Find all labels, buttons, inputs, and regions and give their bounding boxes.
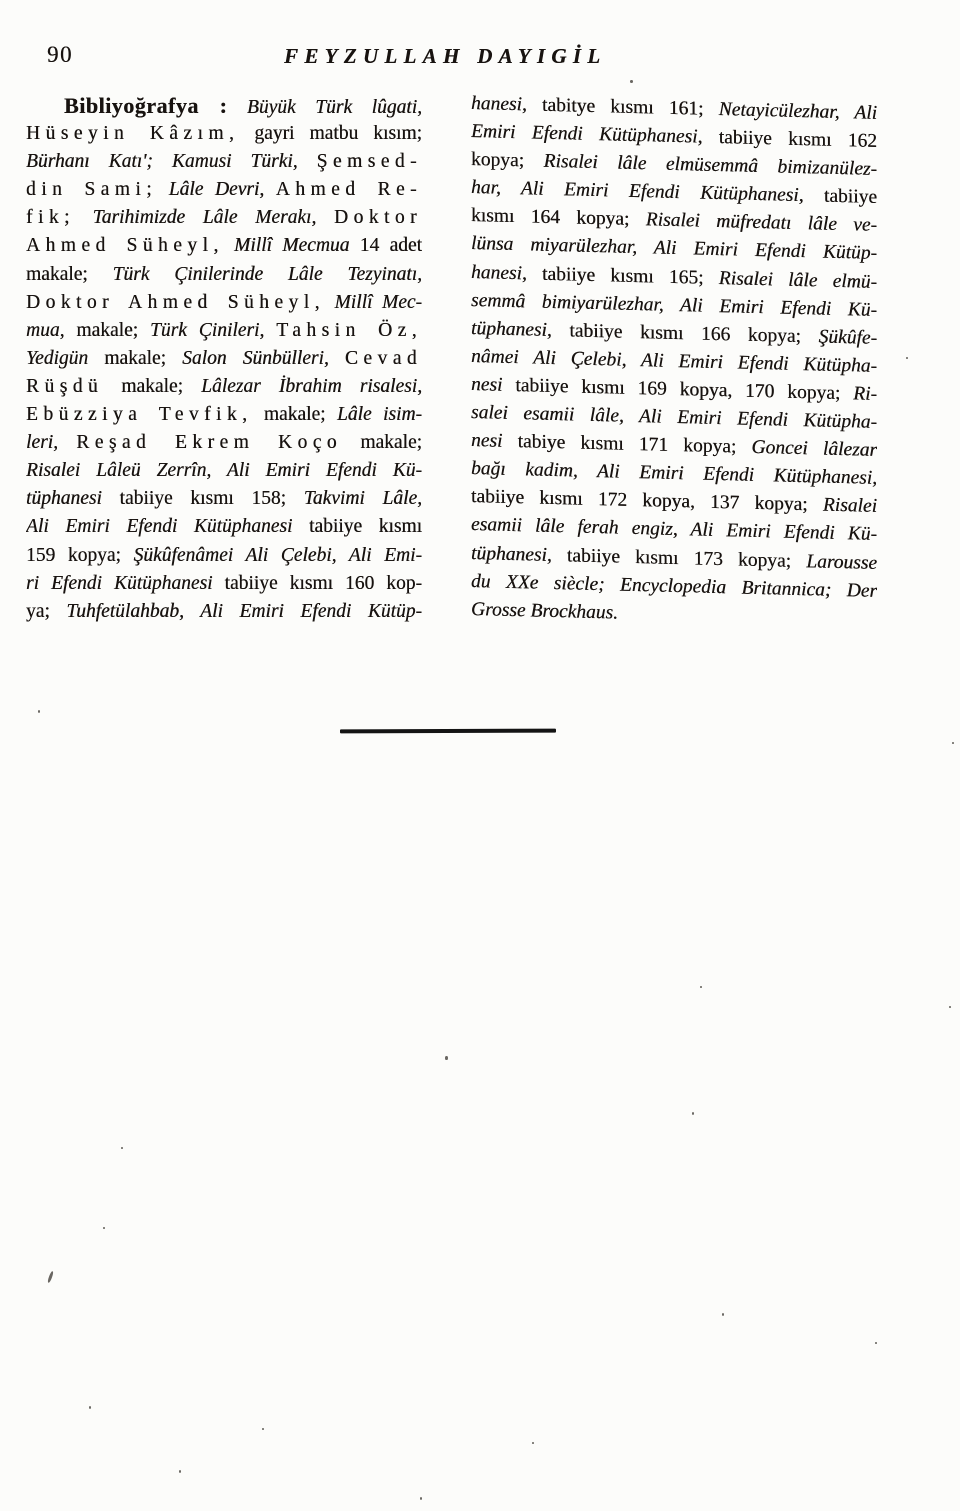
- scan-speck: [179, 1470, 181, 1473]
- text-segment: tüphanesi: [26, 488, 102, 509]
- text-segment: tabiiye kısmı 158;: [120, 488, 286, 509]
- scan-speck: [47, 1271, 54, 1283]
- text-segment: Hüseyin Kâzım,: [26, 123, 239, 144]
- text-segment: tüphanesi,: [471, 318, 552, 341]
- text-segment: tüphanesi,: [471, 543, 552, 566]
- text-line: Rüşdü makale; Lâlezar İbrahim risalesi,: [26, 373, 422, 401]
- text-line: Risalei Lâleü Zerrîn, Ali Emiri Efendi K…: [26, 457, 422, 485]
- text-segment: Risalei müfredatı lâle ve-: [646, 210, 877, 237]
- text-segment: tabiiye kısmı 172 kopya, 137 kopya;: [471, 486, 808, 515]
- text-segment: tabiiye kısmı 173 kopya;: [567, 545, 791, 571]
- text-segment: fik;: [26, 207, 75, 228]
- text-segment: Türk Çinilerinde Lâle Tezyinatı,: [113, 264, 422, 285]
- scan-speck: [949, 1006, 951, 1008]
- text-segment: Risalei Lâleü Zerrîn, Ali Emiri Efendi K…: [26, 460, 422, 481]
- scan-speck: [952, 742, 954, 744]
- text-segment: Millî Mec-: [334, 292, 422, 313]
- text-segment: leri,: [26, 432, 58, 453]
- text-segment: Tahsin Öz,: [276, 320, 422, 341]
- text-segment: 14 adet: [360, 235, 422, 256]
- text-segment: nesi: [471, 374, 502, 396]
- text-segment: nesi: [471, 430, 502, 452]
- text-segment: tabiiye kısmı: [309, 516, 422, 537]
- text-segment: Ri-: [853, 383, 877, 405]
- text-line: makale; Türk Çinilerinde Lâle Tezyinatı,: [26, 261, 422, 289]
- text-segment: makale;: [360, 432, 422, 453]
- text-segment: tabiiye kısmı 169 kopya, 170 kopya;: [515, 375, 840, 404]
- text-segment: Cevad: [345, 348, 422, 369]
- scan-speck: [700, 986, 702, 988]
- text-segment: Ahmed Re-: [276, 179, 422, 200]
- scan-speck: [445, 1056, 448, 1060]
- text-segment: makale;: [26, 264, 88, 285]
- text-line: Ali Emiri Efendi Kütüphanesi tabiiye kıs…: [26, 513, 422, 541]
- text-segment: Risalei: [823, 495, 877, 517]
- text-segment: Şükûfenâmei Ali Çelebi, Ali Emi-: [134, 545, 422, 566]
- text-segment: Şükûfe-: [819, 326, 877, 348]
- text-line: Ebüzziya Tevfik, makale; Lâle isim-: [26, 401, 422, 429]
- text-segment: Tuhfetülahbab, Ali Emiri Efendi Kütüp-: [66, 601, 422, 622]
- text-line: 159 kopya; Şükûfenâmei Ali Çelebi, Ali E…: [26, 542, 422, 570]
- text-segment: din Sami;: [26, 179, 157, 200]
- running-title: FEYZULLAH DAYIGİL: [284, 44, 606, 69]
- text-line: ya; Tuhfetülahbab, Ali Emiri Efendi Kütü…: [26, 598, 422, 626]
- scan-speck: [906, 357, 908, 359]
- text-segment: Tarihimizde Lâle Merakı,: [93, 207, 317, 228]
- text-line: mua, makale; Türk Çinileri, Tahsin Öz,: [26, 317, 422, 345]
- text-segment: Lâle Devri,: [169, 179, 265, 200]
- text-segment: Salon Sünbülleri,: [182, 348, 329, 369]
- text-segment: Risalei lâle elmü-: [719, 268, 877, 293]
- text-segment: Ali Emiri Efendi Kütüphanesi: [26, 516, 292, 537]
- text-segment: Risalei lâle elmüsemmâ bimizanülez-: [544, 151, 877, 180]
- bibliography-column-right: hanesi, tabitye kısmı 161; Netayicülezha…: [471, 90, 877, 634]
- scan-speck: [121, 1147, 123, 1149]
- text-segment: kısmı 164 kopya;: [471, 205, 629, 230]
- text-segment: Grosse Brockhaus.: [471, 599, 618, 624]
- text-segment: tabiiye kısmı 160 kop-: [225, 573, 422, 594]
- text-segment: Ahmed Süheyl,: [26, 235, 224, 256]
- text-segment: makale;: [121, 376, 183, 397]
- text-segment: hanesi,: [471, 93, 527, 115]
- text-segment: Goncei lâlezar: [751, 437, 877, 461]
- text-segment: makale;: [104, 348, 166, 369]
- text-segment: tabitye kısmı 161;: [542, 95, 703, 120]
- text-segment: ri Efendi Kütüphanesi: [26, 573, 213, 594]
- text-line: Hüseyin Kâzım, gayri matbu kısım;: [26, 120, 422, 148]
- text-line: Ahmed Süheyl, Millî Mecmua 14 adet: [26, 232, 422, 260]
- text-segment: Millî Mecmua: [234, 235, 349, 256]
- text-segment: Lâlezar İbrahim risalesi,: [201, 376, 422, 397]
- text-segment: mua,: [26, 320, 64, 341]
- text-segment: Yedigün: [26, 348, 88, 369]
- scan-speck: [262, 1428, 264, 1430]
- scan-speck: [875, 1342, 877, 1344]
- bibliography-column-left: Bibliyoğrafya : Büyük Türk lûgati,Hüseyi…: [26, 92, 422, 626]
- text-line: fik; Tarihimizde Lâle Merakı, Doktor: [26, 204, 422, 232]
- text-segment: hanesi,: [471, 262, 527, 284]
- text-line: tüphanesi tabiiye kısmı 158; Takvimi Lâl…: [26, 485, 422, 513]
- scan-speck: [532, 1442, 534, 1444]
- text-segment: tabiiye kısmı 166 kopya;: [569, 320, 801, 347]
- text-segment: Rüşdü: [26, 376, 103, 397]
- text-line: leri, Reşad Ekrem Koço makale;: [26, 429, 422, 457]
- text-segment: tabiiye kısmı 162: [719, 127, 877, 152]
- text-line: din Sami; Lâle Devri, Ahmed Re-: [26, 176, 422, 204]
- scan-speck: [722, 1313, 724, 1316]
- text-line: Bibliyoğrafya : Büyük Türk lûgati,: [26, 92, 422, 120]
- text-segment: Büyük Türk lûgati,: [247, 97, 422, 118]
- scan-speck: [420, 1497, 422, 1500]
- text-line: Yedigün makale; Salon Sünbülleri, Cevad: [26, 345, 422, 373]
- text-segment: Larousse: [806, 551, 877, 574]
- text-segment: 159 kopya;: [26, 545, 121, 566]
- text-segment: Ebüzziya Tevfik,: [26, 404, 252, 425]
- text-segment: Lâle isim-: [337, 404, 422, 425]
- text-segment: Doktor Ahmed Süheyl,: [26, 292, 325, 313]
- text-segment: gayri matbu kısım;: [254, 123, 422, 144]
- text-segment: Netayicülezhar, Ali: [719, 99, 877, 124]
- text-segment: makale;: [76, 320, 138, 341]
- text-segment: Emiri Efendi Kütüphanesi,: [471, 121, 702, 148]
- text-segment: Şemsed-: [317, 151, 422, 172]
- text-segment: Doktor: [334, 207, 422, 228]
- scan-speck: [692, 1112, 694, 1115]
- text-segment: tabiye kısmı 171 kopya;: [518, 431, 737, 457]
- page-number: 90: [47, 42, 73, 68]
- text-segment: Türk Çinileri,: [150, 320, 264, 341]
- text-segment: ya;: [26, 601, 50, 622]
- text-line: Doktor Ahmed Süheyl, Millî Mec-: [26, 289, 422, 317]
- text-segment: Bibliyoğrafya :: [64, 93, 227, 118]
- section-divider-rule: [340, 729, 556, 734]
- text-segment: Bürhanı Katı'; Kamusi Türki,: [26, 151, 298, 172]
- text-segment: tabiiye: [824, 186, 877, 208]
- text-line: ri Efendi Kütüphanesi tabiiye kısmı 160 …: [26, 570, 422, 598]
- text-segment: tabiiye kısmı 165;: [542, 263, 704, 288]
- text-segment: makale;: [264, 404, 326, 425]
- scan-speck: [103, 1227, 105, 1229]
- text-line: Bürhanı Katı'; Kamusi Türki, Şemsed-: [26, 148, 422, 176]
- scan-speck: [38, 710, 40, 713]
- text-segment: har, Ali Emiri Efendi Kütüphanesi,: [471, 177, 804, 206]
- scan-speck: [89, 1406, 91, 1409]
- scan-speck: [630, 80, 633, 83]
- text-segment: Takvimi Lâle,: [304, 488, 422, 509]
- text-segment: kopya;: [471, 149, 524, 171]
- text-segment: Reşad Ekrem Koço: [76, 432, 342, 453]
- scanned-book-page: 90 FEYZULLAH DAYIGİL Bibliyoğrafya : Büy…: [0, 0, 960, 1511]
